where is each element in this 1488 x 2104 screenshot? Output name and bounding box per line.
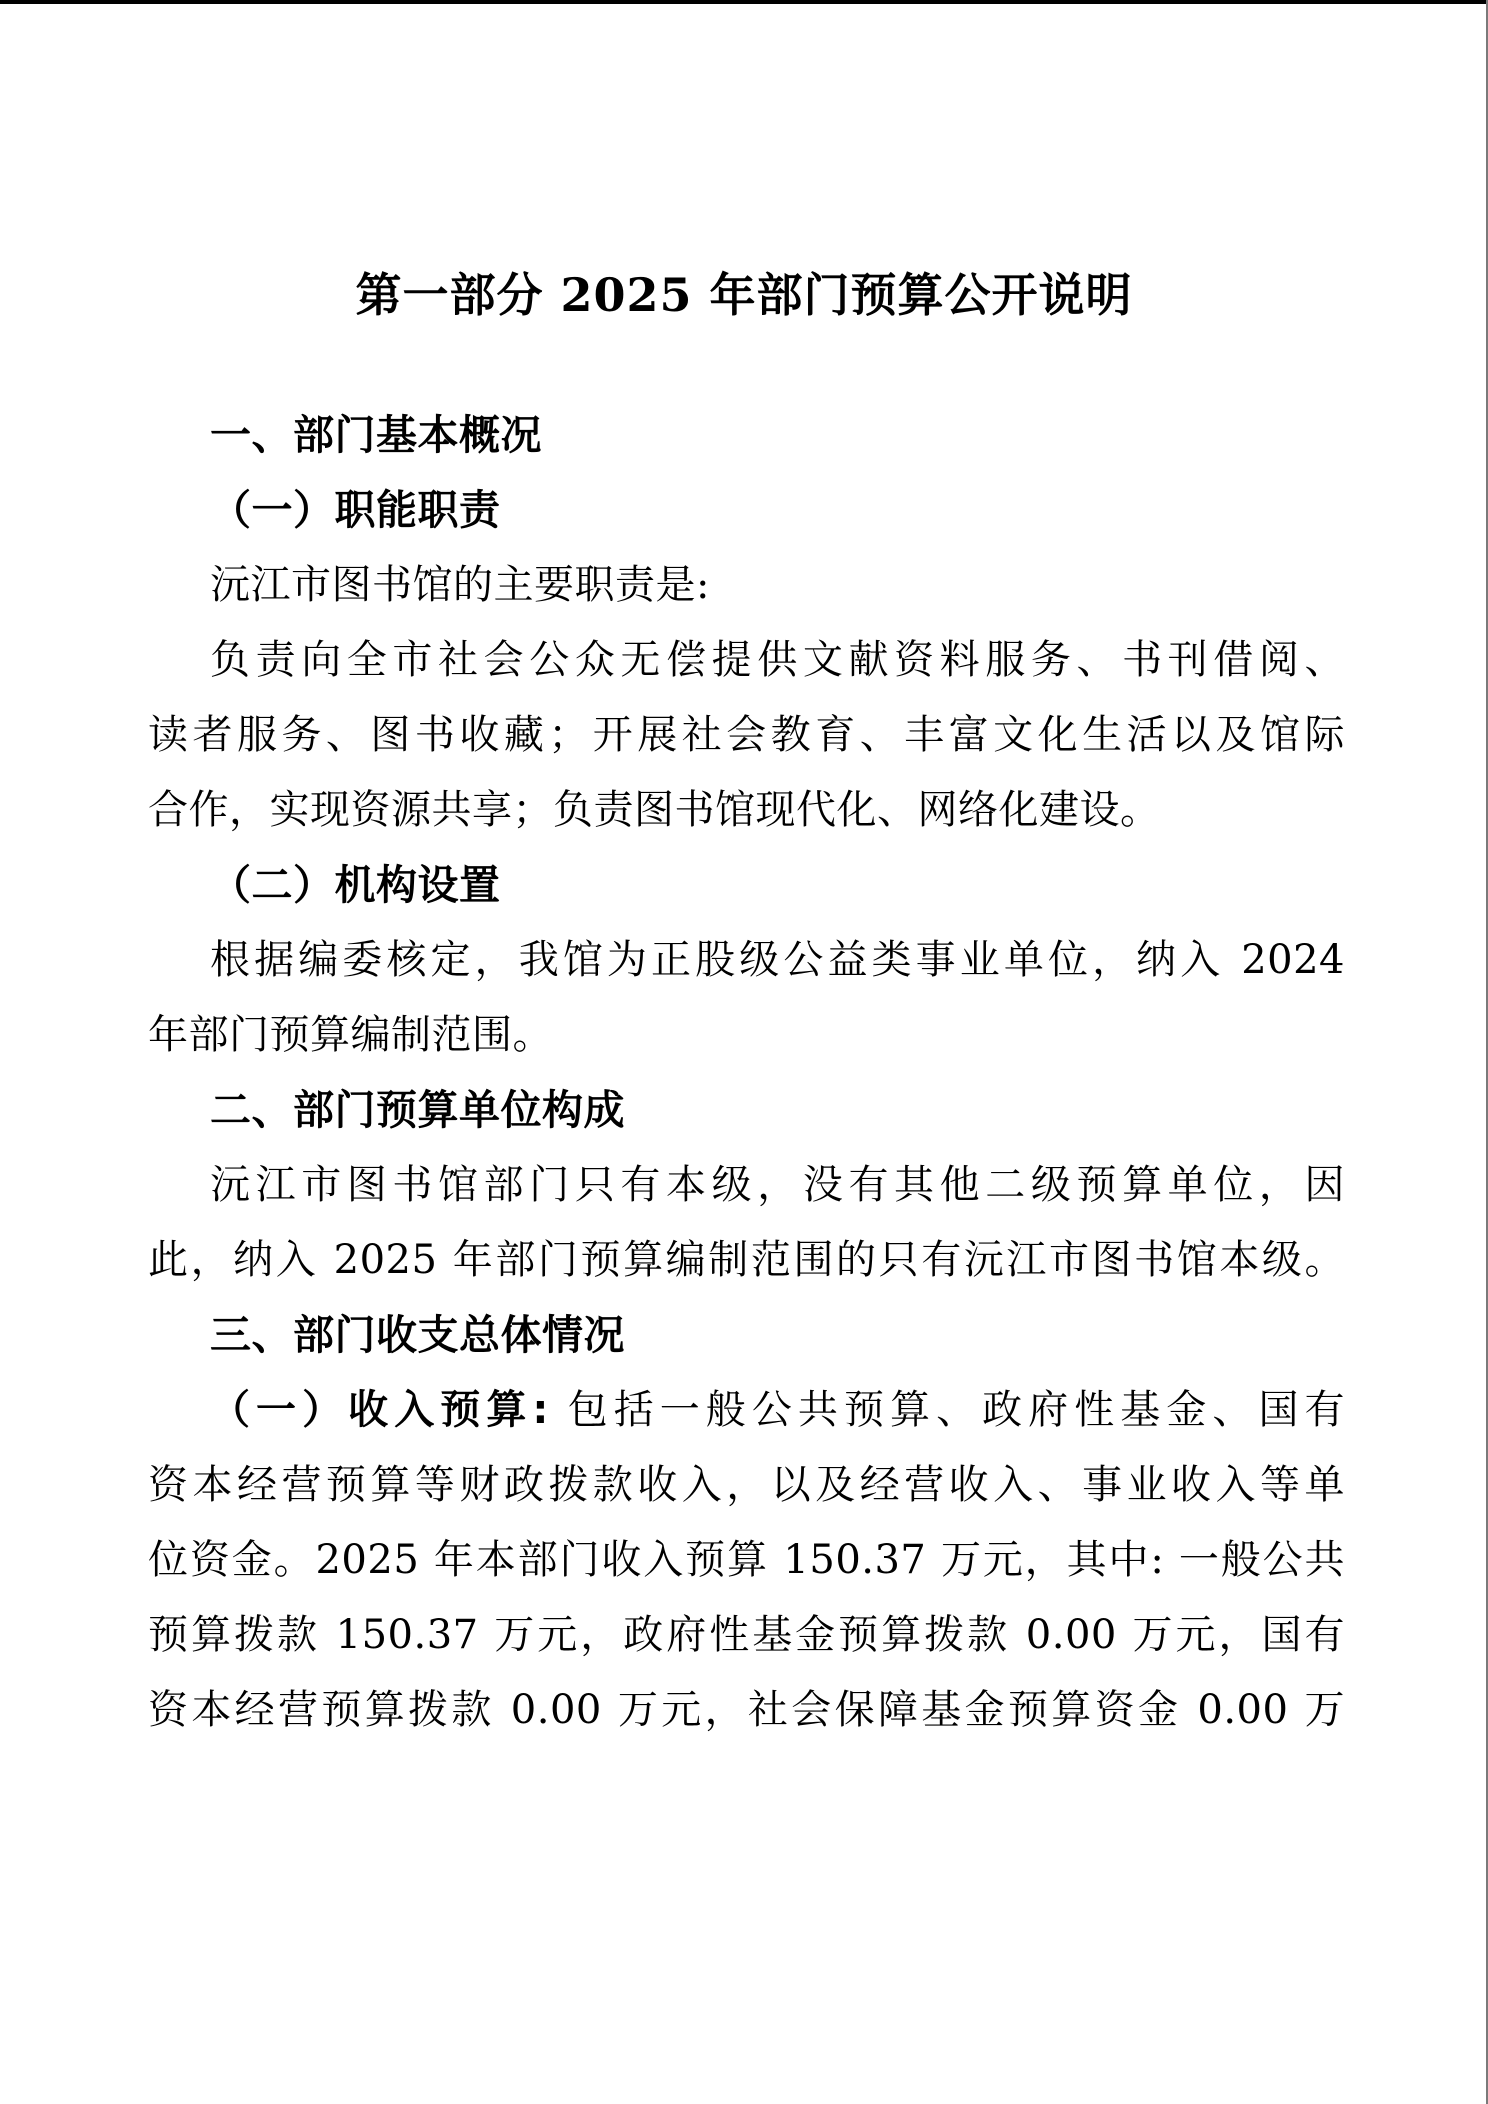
section-heading: 二、部门预算单位构成 <box>148 1073 1345 1148</box>
body-line: 资本经营预算等财政拨款收入，以及经营收入、事业收入等单 <box>148 1448 1345 1523</box>
sub-heading: （一）职能职责 <box>148 473 1345 548</box>
document-page: 第一部分 2025 年部门预算公开说明 一、部门基本概况（一）职能职责沅江市图书… <box>0 0 1488 2104</box>
bold-run: （一）收入预算: <box>210 1387 549 1433</box>
body-line: 资本经营预算拨款 0.00 万元，社会保障基金预算资金 0.00 万 <box>148 1673 1345 1748</box>
body-line: 负责向全市社会公众无偿提供文献资料服务、书刊借阅、 <box>148 623 1345 698</box>
body-line: 读者服务、图书收藏；开展社会教育、丰富文化生活以及馆际 <box>148 698 1345 773</box>
scan-top-edge <box>0 0 1488 4</box>
body-line: 位资金。2025 年本部门收入预算 150.37 万元，其中: 一般公共 <box>148 1523 1345 1598</box>
document-body: 一、部门基本概况（一）职能职责沅江市图书馆的主要职责是:负责向全市社会公众无偿提… <box>148 398 1345 1748</box>
body-line: 合作，实现资源共享；负责图书馆现代化、网络化建设。 <box>148 773 1345 848</box>
body-line: 预算拨款 150.37 万元，政府性基金预算拨款 0.00 万元，国有 <box>148 1598 1345 1673</box>
body-line: 此，纳入 2025 年部门预算编制范围的只有沅江市图书馆本级。 <box>148 1223 1345 1298</box>
body-line: 沅江市图书馆的主要职责是: <box>148 548 1345 623</box>
body-line: 沅江市图书馆部门只有本级，没有其他二级预算单位，因 <box>148 1148 1345 1223</box>
body-line: （一）收入预算: 包括一般公共预算、政府性基金、国有 <box>148 1373 1345 1448</box>
sub-heading: （二）机构设置 <box>148 848 1345 923</box>
section-heading: 一、部门基本概况 <box>148 398 1345 473</box>
document-title: 第一部分 2025 年部门预算公开说明 <box>0 255 1488 335</box>
text-run: 包括一般公共预算、政府性基金、国有 <box>549 1387 1345 1433</box>
body-line: 根据编委核定，我馆为正股级公益类事业单位，纳入 2024 <box>148 923 1345 998</box>
body-line: 年部门预算编制范围。 <box>148 998 1345 1073</box>
section-heading: 三、部门收支总体情况 <box>148 1298 1345 1373</box>
